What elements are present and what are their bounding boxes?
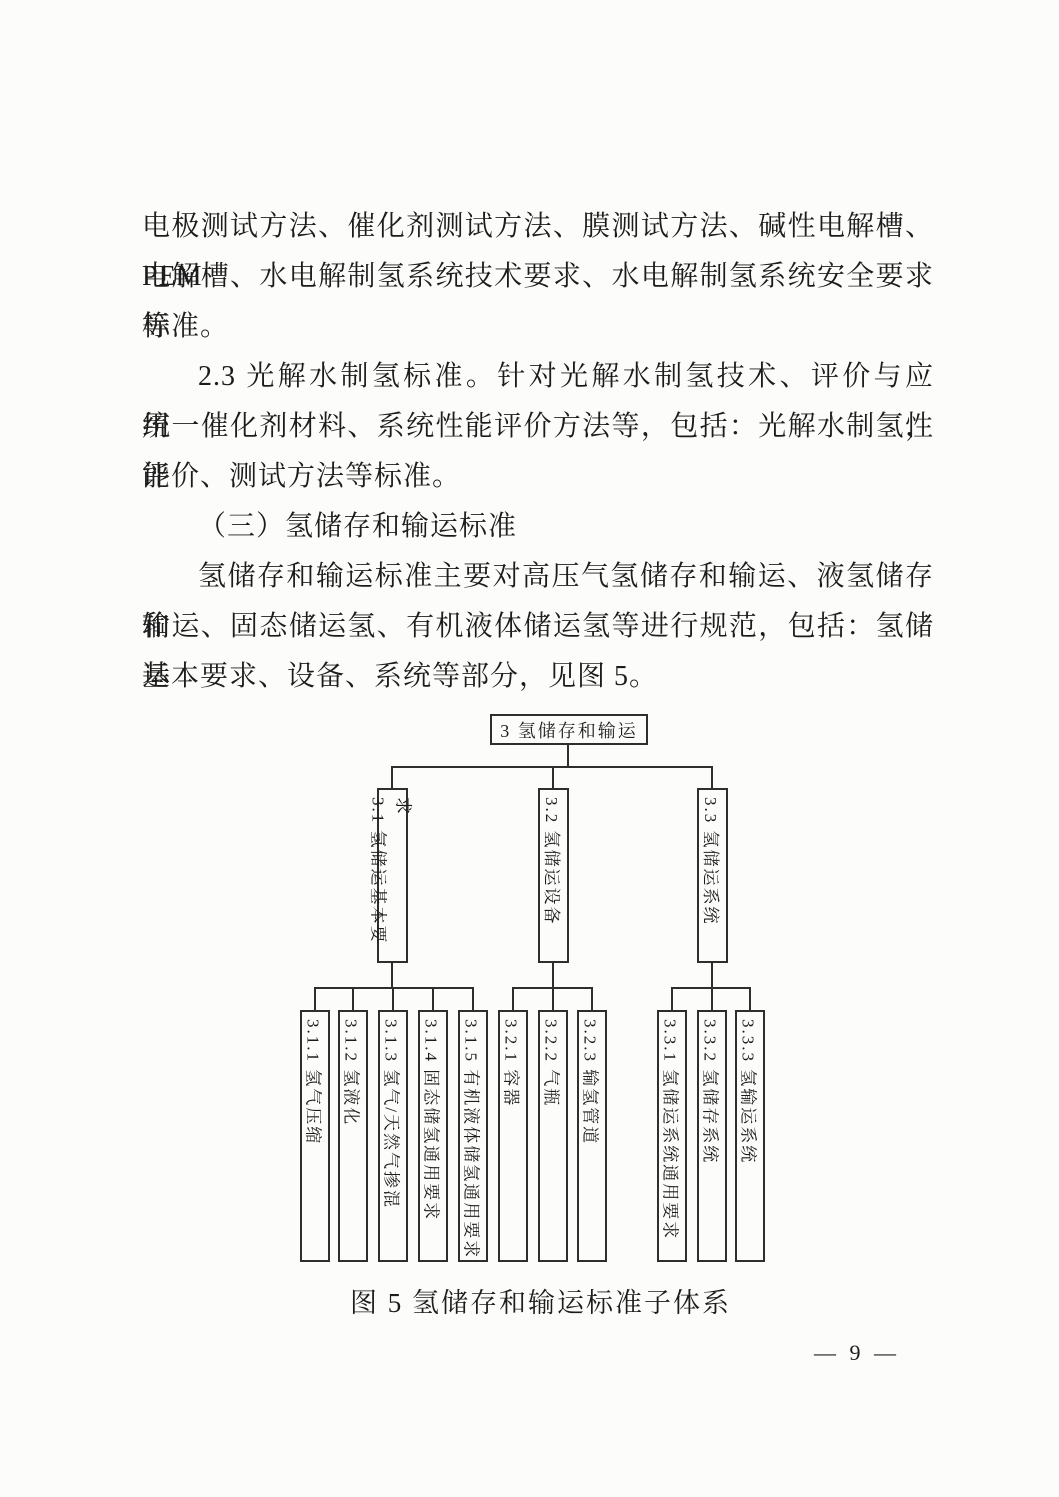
text-line: 标准。 — [142, 302, 934, 352]
tree-connector — [472, 987, 474, 1010]
tree-connector — [512, 987, 514, 1010]
section-heading: （三）氢储存和输运标准 — [142, 502, 934, 552]
page-number: — 9 — — [814, 1340, 900, 1366]
text-line: 氢储存和输运标准主要对高压气氢储存和输运、液氢储存和 — [142, 552, 934, 602]
tree-connector — [391, 766, 393, 788]
tree-node-3-3: 3.3 氢储运系统 — [697, 788, 728, 963]
node-label: 3.1.5 有机液体储氢通用要求 — [461, 1019, 486, 1259]
node-label: 3.2.3 输氢管道 — [580, 1019, 605, 1145]
node-label: 3.3.2 氢储存系统 — [700, 1019, 725, 1164]
tree-connector — [552, 963, 554, 987]
tree-connector — [314, 987, 474, 989]
node-label: 3.1 氢储运基本要求 — [368, 797, 418, 961]
tree-node-3-1: 3.1 氢储运基本要求 — [377, 788, 408, 963]
node-label: 3 氢储存和输运 — [500, 717, 638, 743]
node-label: 3.3.3 氢输运系统 — [738, 1019, 763, 1164]
tree-connector — [352, 987, 354, 1010]
tree-node-3-2-3: 3.2.3 输氢管道 — [577, 1010, 607, 1262]
node-label: 3.1.3 氢气/天然气掺混 — [381, 1019, 406, 1209]
tree-node-3-1-5: 3.1.5 有机液体储氢通用要求 — [458, 1010, 488, 1262]
tree-node-3-1-2: 3.1.2 氢液化 — [338, 1010, 368, 1262]
text-line: 2.3 光解水制氢标准。针对光解水制氢技术、评价与应用， — [142, 352, 934, 402]
text-line: 评价、测试方法等标准。 — [142, 452, 934, 502]
node-label: 3.1.2 氢液化 — [341, 1019, 366, 1126]
tree-connector — [749, 987, 751, 1010]
text-line: 基本要求、设备、系统等部分，见图 5。 — [142, 652, 934, 702]
tree-node-3-2-2: 3.2.2 气瓶 — [538, 1010, 568, 1262]
tree-connector — [391, 963, 393, 987]
node-label: 3.3 氢储运系统 — [700, 797, 725, 926]
figure-caption: 图 5 氢储存和输运标准子体系 — [0, 1281, 1059, 1320]
body-text: 电极测试方法、催化剂测试方法、膜测试方法、碱性电解槽、PEM 电解槽、水电解制氢… — [142, 202, 934, 702]
node-label: 3.2.2 气瓶 — [541, 1019, 566, 1107]
tree-node-3-2: 3.2 氢储运设备 — [538, 788, 569, 963]
node-label: 3.1.4 固态储氢通用要求 — [421, 1019, 446, 1221]
text-line: 统一催化剂材料、系统性能评价方法等，包括：光解水制氢性能 — [142, 402, 934, 452]
text-line: 电极测试方法、催化剂测试方法、膜测试方法、碱性电解槽、PEM — [142, 202, 934, 252]
tree-connector — [314, 987, 316, 1010]
node-label: 3.1.1 氢气压缩 — [303, 1019, 328, 1145]
tree-connector — [711, 987, 713, 1010]
tree-connector — [591, 987, 593, 1010]
tree-connector — [392, 987, 394, 1010]
node-label: 3.2 氢储运设备 — [541, 797, 566, 926]
tree-connector — [671, 987, 673, 1010]
tree-node-3-3-2: 3.3.2 氢储存系统 — [697, 1010, 727, 1262]
tree-connector — [711, 963, 713, 987]
text-line: 输运、固态储运氢、有机液体储运氢等进行规范，包括：氢储运 — [142, 602, 934, 652]
tree-node-3: 3 氢储存和输运 — [490, 714, 648, 745]
tree-connector — [711, 766, 713, 788]
text-line: 电解槽、水电解制氢系统技术要求、水电解制氢系统安全要求等 — [142, 252, 934, 302]
node-label: 3.2.1 容器 — [501, 1019, 526, 1107]
tree-connector — [552, 766, 554, 788]
tree-node-3-1-3: 3.1.3 氢气/天然气掺混 — [378, 1010, 408, 1262]
tree-node-3-2-1: 3.2.1 容器 — [498, 1010, 528, 1262]
tree-node-3-3-1: 3.3.1 氢储运系统通用要求 — [657, 1010, 687, 1262]
tree-node-3-3-3: 3.3.3 氢输运系统 — [735, 1010, 765, 1262]
document-page: 电极测试方法、催化剂测试方法、膜测试方法、碱性电解槽、PEM 电解槽、水电解制氢… — [0, 0, 1059, 1497]
tree-connector — [552, 987, 554, 1010]
node-label: 3.3.1 氢储运系统通用要求 — [660, 1019, 685, 1240]
tree-connector — [432, 987, 434, 1010]
tree-connector — [567, 745, 569, 766]
tree-node-3-1-1: 3.1.1 氢气压缩 — [300, 1010, 330, 1262]
tree-node-3-1-4: 3.1.4 固态储氢通用要求 — [418, 1010, 448, 1262]
